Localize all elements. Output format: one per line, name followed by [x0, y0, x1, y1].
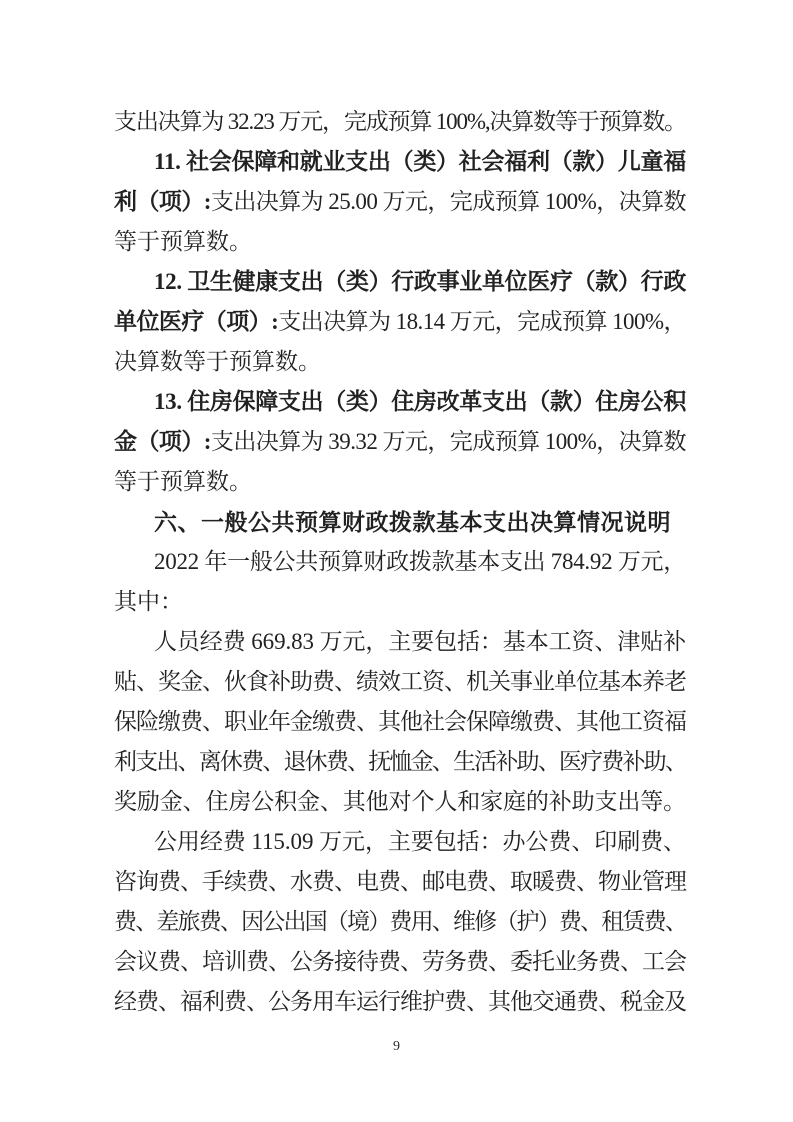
text-line-content: 金（项）:支出决算为 39.32 万元，完成预算 100%，决算数 [114, 422, 686, 462]
text-line: 利支出、离休费、退休费、抚恤金、生活补助、医疗费补助、 [114, 742, 686, 782]
text-line: 金（项）:支出决算为 39.32 万元，完成预算 100%，决算数 [114, 422, 686, 462]
text-line-content: 人员经费 669.83 万元，主要包括：基本工资、津贴补 [154, 622, 686, 662]
text-line: 人员经费 669.83 万元，主要包括：基本工资、津贴补 [114, 622, 686, 662]
text-segment: 经费、福利费、公务用车运行维护费、其他交通费、税金及 [114, 989, 686, 1014]
text-line-content: 13. 住房保障支出（类）住房改革支出（款）住房公积 [154, 382, 686, 422]
text-line: 奖励金、住房公积金、其他对个人和家庭的补助支出等。 [114, 782, 686, 822]
text-line-content: 等于预算数。 [114, 222, 252, 262]
text-line-content: 贴、奖金、伙食补助费、绩效工资、机关事业单位基本养老 [114, 662, 686, 702]
text-segment: 咨询费、手续费、水费、电费、邮电费、取暖费、物业管理 [114, 869, 686, 894]
text-segment: 12. 卫生健康支出（类）行政事业单位医疗（款）行政 [154, 269, 686, 294]
text-block: 支出决算为 32.23 万元，完成预算 100%,决算数等于预算数。11. 社会… [114, 102, 686, 1022]
text-segment: 人员经费 669.83 万元，主要包括：基本工资、津贴补 [154, 629, 686, 654]
text-line-content: 公用经费 115.09 万元，主要包括：办公费、印刷费、 [154, 822, 686, 862]
text-line-content: 2022 年一般公共预算财政拨款基本支出 784.92 万元， [154, 542, 686, 582]
text-line: 保险缴费、职业年金缴费、其他社会保障缴费、其他工资福 [114, 702, 686, 742]
text-line-content: 支出决算为 32.23 万元，完成预算 100%,决算数等于预算数。 [114, 102, 686, 142]
text-segment: 六、一般公共预算财政拨款基本支出决算情况说明 [154, 509, 671, 535]
text-line-content: 费、差旅费、因公出国（境）费用、维修（护）费、租赁费、 [114, 902, 686, 942]
page-number: 9 [0, 1038, 793, 1056]
text-line: 13. 住房保障支出（类）住房改革支出（款）住房公积 [114, 382, 686, 422]
text-line: 公用经费 115.09 万元，主要包括：办公费、印刷费、 [114, 822, 686, 862]
text-segment: 会议费、培训费、公务接待费、劳务费、委托业务费、工会 [114, 949, 686, 974]
text-segment: 单位医疗（项）: [114, 309, 278, 334]
text-line-content: 保险缴费、职业年金缴费、其他社会保障缴费、其他工资福 [114, 702, 686, 742]
text-line: 等于预算数。 [114, 462, 686, 502]
text-segment: 保险缴费、职业年金缴费、其他社会保障缴费、其他工资福 [114, 709, 686, 734]
text-segment: 13. 住房保障支出（类）住房改革支出（款）住房公积 [154, 389, 686, 414]
text-line: 六、一般公共预算财政拨款基本支出决算情况说明 [114, 502, 686, 542]
text-line: 等于预算数。 [114, 222, 686, 262]
text-segment: 支出决算为 18.14 万元，完成预算 100%， [278, 309, 686, 334]
text-line-content: 利支出、离休费、退休费、抚恤金、生活补助、医疗费补助、 [114, 742, 686, 782]
text-segment: 2022 年一般公共预算财政拨款基本支出 784.92 万元， [154, 549, 686, 574]
text-line-content: 奖励金、住房公积金、其他对个人和家庭的补助支出等。 [114, 782, 686, 822]
text-segment: 等于预算数。 [114, 229, 252, 254]
text-segment: 其中： [114, 589, 183, 614]
text-line: 其中： [114, 582, 686, 622]
text-line-content: 六、一般公共预算财政拨款基本支出决算情况说明 [154, 502, 671, 543]
text-line: 决算数等于预算数。 [114, 342, 686, 382]
text-line-content: 12. 卫生健康支出（类）行政事业单位医疗（款）行政 [154, 262, 686, 302]
text-line-content: 决算数等于预算数。 [114, 342, 321, 382]
text-line: 利（项）:支出决算为 25.00 万元，完成预算 100%，决算数 [114, 182, 686, 222]
text-line: 2022 年一般公共预算财政拨款基本支出 784.92 万元， [114, 542, 686, 582]
text-line: 12. 卫生健康支出（类）行政事业单位医疗（款）行政 [114, 262, 686, 302]
text-line-content: 等于预算数。 [114, 462, 252, 502]
text-line: 经费、福利费、公务用车运行维护费、其他交通费、税金及 [114, 982, 686, 1022]
text-line-content: 利（项）:支出决算为 25.00 万元，完成预算 100%，决算数 [114, 182, 686, 222]
text-segment: 支出决算为 25.00 万元，完成预算 100%，决算数 [211, 189, 686, 214]
text-line-content: 11. 社会保障和就业支出（类）社会福利（款）儿童福 [154, 142, 686, 182]
text-segment: 等于预算数。 [114, 469, 252, 494]
text-line: 11. 社会保障和就业支出（类）社会福利（款）儿童福 [114, 142, 686, 182]
text-segment: 利（项）: [114, 189, 211, 214]
text-segment: 决算数等于预算数。 [114, 349, 321, 374]
text-line: 支出决算为 32.23 万元，完成预算 100%,决算数等于预算数。 [114, 102, 686, 142]
text-segment: 奖励金、住房公积金、其他对个人和家庭的补助支出等。 [114, 789, 686, 814]
text-segment: 支出决算为 39.32 万元，完成预算 100%，决算数 [211, 429, 686, 454]
text-line-content: 单位医疗（项）:支出决算为 18.14 万元，完成预算 100%， [114, 302, 686, 342]
text-line-content: 会议费、培训费、公务接待费、劳务费、委托业务费、工会 [114, 942, 686, 982]
document-page: 支出决算为 32.23 万元，完成预算 100%,决算数等于预算数。11. 社会… [0, 0, 793, 1122]
text-segment: 公用经费 115.09 万元，主要包括：办公费、印刷费、 [154, 829, 686, 854]
text-segment: 贴、奖金、伙食补助费、绩效工资、机关事业单位基本养老 [114, 669, 686, 694]
text-segment: 11. 社会保障和就业支出（类）社会福利（款）儿童福 [154, 149, 686, 174]
text-line-content: 其中： [114, 582, 183, 622]
text-segment: 支出决算为 32.23 万元，完成预算 100%,决算数等于预算数。 [114, 109, 686, 134]
text-line: 贴、奖金、伙食补助费、绩效工资、机关事业单位基本养老 [114, 662, 686, 702]
text-segment: 金（项）: [114, 429, 211, 454]
text-line-content: 经费、福利费、公务用车运行维护费、其他交通费、税金及 [114, 982, 686, 1022]
text-line: 咨询费、手续费、水费、电费、邮电费、取暖费、物业管理 [114, 862, 686, 902]
text-line: 费、差旅费、因公出国（境）费用、维修（护）费、租赁费、 [114, 902, 686, 942]
text-line-content: 咨询费、手续费、水费、电费、邮电费、取暖费、物业管理 [114, 862, 686, 902]
text-segment: 费、差旅费、因公出国（境）费用、维修（护）费、租赁费、 [114, 909, 686, 934]
text-line: 单位医疗（项）:支出决算为 18.14 万元，完成预算 100%， [114, 302, 686, 342]
text-segment: 利支出、离休费、退休费、抚恤金、生活补助、医疗费补助、 [114, 749, 686, 774]
text-line: 会议费、培训费、公务接待费、劳务费、委托业务费、工会 [114, 942, 686, 982]
